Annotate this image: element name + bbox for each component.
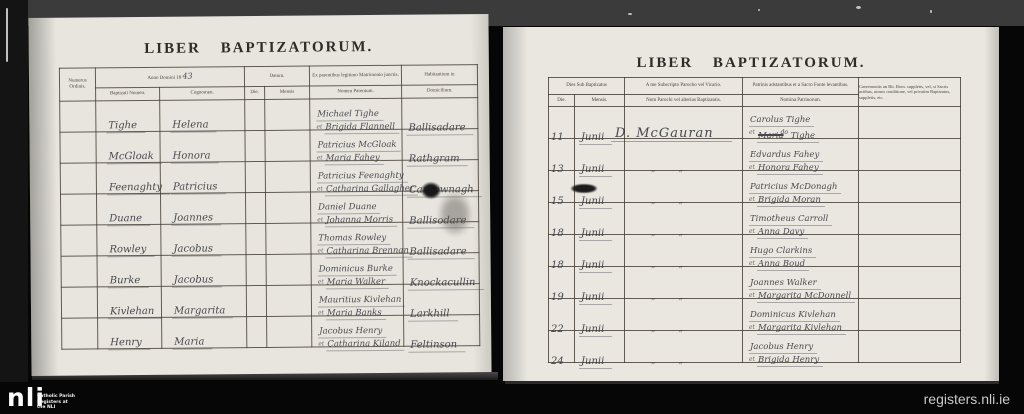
mother-text: Johanna Morris [325,214,397,228]
et-mark: et [317,185,323,192]
ditto-mark: „ „ [651,196,693,206]
dust-speck [856,6,861,9]
et-mark: et [749,196,755,203]
header-nom-parochi: Nom Parochi vel alterius Baptizantis. [625,95,743,107]
header-nomina-patrinorum: Nomina Patrinorum. [743,95,859,107]
mother-text: Brigida Flannell [324,121,399,135]
surname-text: McGloak [107,151,162,164]
cell-die: 22 [549,299,575,331]
cell-mensis [265,130,310,161]
father-text: Daniel Duane [317,201,381,215]
anno-year-handwritten: 43 [182,71,192,80]
mother-text: Catharina Brennan [325,245,413,259]
right-register-table: Dies Sub Baptizatus A me Subscripto Paro… [548,77,961,363]
header-cognomen: Cognomen. [160,87,245,101]
day-text: 18 [551,260,564,271]
cell-forename: Jacobus [161,255,246,287]
cell-observations [859,139,961,171]
father-text: Mauritius Kivlehan [318,294,405,308]
cell-surname: McGloak [96,131,160,163]
father-text: Patricius McGloak [317,139,401,153]
header-numerus: Numerus Ordinis. [59,68,95,101]
day-text: 11 [551,132,564,143]
cell-die [245,161,265,192]
residence-text: Ballisadare [406,122,473,136]
ditto-mark: „ „ [651,356,693,366]
surname-text: Henry [108,337,150,350]
cell-surname: Duane [96,193,160,225]
godmother-struck-text: Maria [758,131,784,141]
left-page-title: LIBER BAPTIZATORUM. [29,38,489,59]
surname-text: Tighe [106,120,145,133]
cell-numerus [60,132,96,163]
godmother-text: Brigida Moran [757,194,825,207]
cell-priest: „ „ [625,267,743,299]
cell-forename: Margarita [161,286,246,318]
day-text: 13 [551,164,564,175]
book-spine-strip [0,0,28,382]
father-text: Michael Tighe [316,108,383,122]
header-mensis: Mensis. [575,95,625,107]
et-mark: et [317,216,323,223]
cell-surname: Rowley [97,224,161,256]
cell-observations [859,171,961,203]
godmother-text: Tighe [791,131,815,141]
godmother-text: Brigida Henry [757,354,823,367]
nli-logo-caption: Catholic Parish Registers at the NLI [37,394,75,411]
cell-mensis [266,285,311,316]
et-mark: et [749,292,755,299]
month-text: Junii [579,196,612,209]
forename-text: Jacobus [172,274,222,287]
ink-blot [571,184,597,193]
month-text: Junii [579,228,612,241]
ditto-mark: „ „ [651,164,693,174]
cell-priest: „ „ [625,331,743,363]
cell-godparents: Dominicus Kivlehan etMargarita Kivlehan [743,299,859,331]
ditto-mark: „ „ [651,292,693,302]
godmother-text: Margarita Kivlehan [757,322,846,335]
cell-surname: Tighe [96,100,160,132]
cell-mensis [267,316,312,347]
header-observationes: Caeremoniis an Rit. Rom. suppletis, vel,… [859,78,961,107]
et-mark: et [318,309,324,316]
cell-forename: Jacobus [161,224,246,256]
cell-forename: Helena [160,100,245,132]
et-mark: et [317,247,323,254]
caption-line: the NLI [37,405,75,411]
cell-godparents: Patricius McDonagh etBrigida Moran [743,171,859,203]
forename-text: Margarita [172,305,233,319]
et-mark: et [749,164,755,171]
cell-die: 19 [549,267,575,299]
cell-surname: Henry [98,317,162,349]
day-text: 15 [551,196,564,207]
month-text: Junii [579,164,612,177]
godmother-text: Honora Fahey [757,162,823,175]
cell-die: 11 [549,107,575,139]
month-text: Junii [579,356,612,369]
header-die: Die. [245,86,265,99]
cell-surname: Feenaghty [96,162,160,194]
father-text: Thomas Rowley [317,232,390,246]
cell-surname: Burke [97,255,161,287]
et-mark: et [749,260,755,267]
godmother-correction: do [781,129,788,136]
cell-observations [859,235,961,267]
cell-observations [859,299,961,331]
cell-die [246,254,266,285]
cell-die [247,316,267,347]
cell-godparents: Hugo Clarkins etAnna Boud [743,235,859,267]
cell-observations [859,331,961,363]
register-right-page: LIBER BAPTIZATORUM. Dies Sub Baptizatus … [503,27,999,381]
cell-residence: Ballisadare [402,98,478,130]
cell-numerus [61,287,97,318]
cell-forename: Joannes [160,193,245,225]
day-text: 24 [551,356,564,367]
left-register-table: Numerus Ordinis. Anno Domini 18 43 Datum… [59,64,480,350]
header-mensis: Mensis [265,86,310,99]
header-anno-domini: Anno Domini 18 43 [95,67,244,88]
cell-mensis [265,99,310,130]
header-die: Die. [549,95,575,107]
cell-observations [859,107,961,139]
header-domicilium: Domicilium. [402,85,478,99]
cell-die [246,223,266,254]
cell-numerus [62,318,98,349]
et-mark: et [749,129,755,136]
godfather-text: Patricius McDonagh [749,181,841,194]
dust-speck [628,13,632,15]
godmother-text: Margarita McDonnell [757,290,855,303]
table-row: 11 Junii D. McGauran Carolus Tighe etMar… [549,107,961,139]
cell-mensis [266,223,311,254]
cell-die: 18 [549,235,575,267]
dust-speck [930,10,932,13]
et-mark: et [318,278,324,285]
surname-text: Duane [107,213,150,226]
spine-highlight [6,8,8,62]
godfather-text: Timotheus Carroll [749,213,832,226]
godmother-text: Anna Boud [757,258,809,271]
ink-blot [421,182,441,199]
surname-text: Kivlehan [108,306,162,319]
cell-godparents: Carolus Tighe etMariado Tighe [743,107,859,139]
right-page-title: LIBER BAPTIZATORUM. [503,55,999,72]
forename-text: Patricius [171,181,226,194]
et-mark: et [318,340,324,347]
cell-die [245,192,265,223]
cell-observations [859,203,961,235]
cell-mensis [265,192,310,223]
header-nomen-parentum: Nomen Parentum. [310,85,402,99]
mother-text: Catharina Gallagher [325,183,418,197]
month-text: Junii [579,292,612,305]
forename-text: Joannes [171,212,221,225]
mother-text: Maria Walker [326,276,389,290]
day-text: 22 [551,324,564,335]
day-text: 19 [551,292,564,303]
anno-domini-label: Anno Domini 18 [147,75,181,80]
cell-priest: D. McGauran [625,107,743,139]
header-parocho: A me Subscripto Parocho vel Vicario. [625,78,743,95]
ditto-mark: „ „ [651,228,693,238]
ditto-mark: „ „ [651,260,693,270]
et-mark: et [749,356,755,363]
residence-text: Feltinson [408,339,465,352]
father-text: Dominicus Burke [318,263,397,277]
cell-numerus [60,194,96,225]
residence-text: Rathgram [407,153,468,167]
cell-godparents: Timotheus Carroll etAnna Davy [743,203,859,235]
header-datum: Datum. [244,66,309,87]
surname-text: Feenaghty [107,182,170,196]
header-ex-parentibus: Ex parentibus legitimo Matrimonio juncti… [309,65,401,86]
et-mark: et [749,324,755,331]
residence-text: Larkhill [408,308,458,321]
header-baptizati-nomen: Baptizati Nomen. [96,87,160,101]
cell-die [246,285,266,316]
ditto-mark: „ „ [651,324,693,334]
day-text: 18 [551,228,564,239]
dust-speck [758,9,760,11]
mother-text: Catharina Kiland [326,338,404,352]
cell-godparents: Joannes Walker etMargarita McDonnell [743,267,859,299]
cell-forename: Honora [160,131,245,163]
cell-die: 13 [549,139,575,171]
cell-die [245,130,265,161]
cell-numerus [60,163,96,194]
cell-die: 24 [549,331,575,363]
forename-text: Honora [171,150,219,163]
cell-numerus [61,256,97,287]
et-mark: et [749,228,755,235]
caption-line: Catholic Parish [37,394,75,400]
priest-signature: D. McGauran [611,126,732,142]
cell-observations [859,267,961,299]
cell-mensis [266,254,311,285]
table-row: Tighe Helena Michael Tighe etBrigida Fla… [60,98,478,133]
forename-text: Jacobus [171,243,221,256]
cell-die: 18 [549,203,575,235]
cell-parents: Michael Tighe etBrigida Flannell [310,98,402,130]
month-text: Junii [579,324,612,337]
father-text: Patricius Feenaghty [317,170,408,184]
residence-text: Knockacullin [408,277,484,291]
header-habitantium: Habitantium in [401,65,477,86]
cell-priest: „ „ [625,171,743,203]
month-text: Junii [579,260,612,273]
residence-text: Ballisadare [407,246,474,260]
cell-numerus [60,101,96,132]
godfather-text: Carolus Tighe [749,114,814,127]
cell-priest: „ „ [625,235,743,267]
godfather-text: Joannes Walker [749,277,821,290]
et-mark: et [317,154,323,161]
godmother-text: Anna Davy [757,226,808,239]
header-patrinis: Patrinis adstantibus et a Sacro Fonte le… [743,78,859,95]
godfather-text: Hugo Clarkins [749,245,816,258]
cell-priest: „ „ [625,139,743,171]
godfather-text: Jacobus Henry [749,341,817,354]
cell-priest: „ „ [625,203,743,235]
cell-die [245,99,265,130]
surname-text: Rowley [107,244,154,257]
forename-text: Maria [172,336,212,349]
month-text: Junii [579,132,612,145]
cell-forename: Maria [162,317,247,349]
mother-text: Maria Banks [326,307,386,321]
forename-text: Helena [170,119,216,132]
page-smudge [438,192,472,236]
father-text: Jacobus Henry [318,325,386,339]
header-dies-baptizatus: Dies Sub Baptizatus [549,78,625,95]
et-mark: et [316,123,322,130]
godfather-text: Edvardus Fahey [749,149,823,162]
cell-godparents: Edvardus Fahey etHonora Fahey [743,139,859,171]
mother-text: Maria Fahey [325,152,384,166]
cell-forename: Patricius [160,162,245,194]
cell-godparents: Jacobus Henry etBrigida Henry [743,331,859,363]
cell-priest: „ „ [625,299,743,331]
cell-numerus [61,225,97,256]
cell-surname: Kivlehan [97,286,161,318]
surname-text: Burke [108,275,149,288]
site-watermark: registers.nli.ie [924,391,1010,407]
cell-mensis [265,161,310,192]
godfather-text: Dominicus Kivlehan [749,309,840,322]
